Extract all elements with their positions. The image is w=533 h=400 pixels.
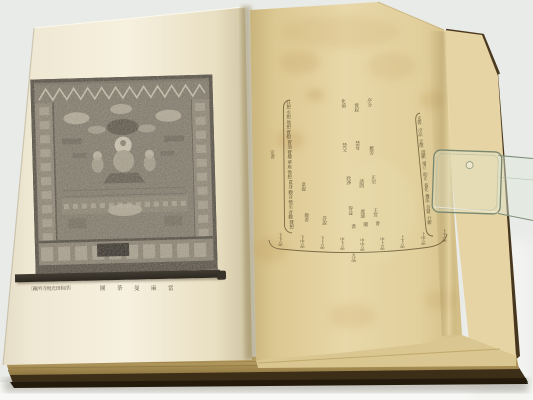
holder-paddle[interactable]	[432, 150, 502, 214]
photo-of-open-book: 〔藏所寺現光田和浮〕 圖荼曼麻當 定善 日想水想地想寶樹寶池寶樓華座像想眞身觀音…	[0, 0, 533, 400]
acrylic-page-holder	[0, 0, 533, 400]
holder-arm[interactable]	[498, 155, 533, 221]
paddle-bubble	[466, 161, 473, 168]
